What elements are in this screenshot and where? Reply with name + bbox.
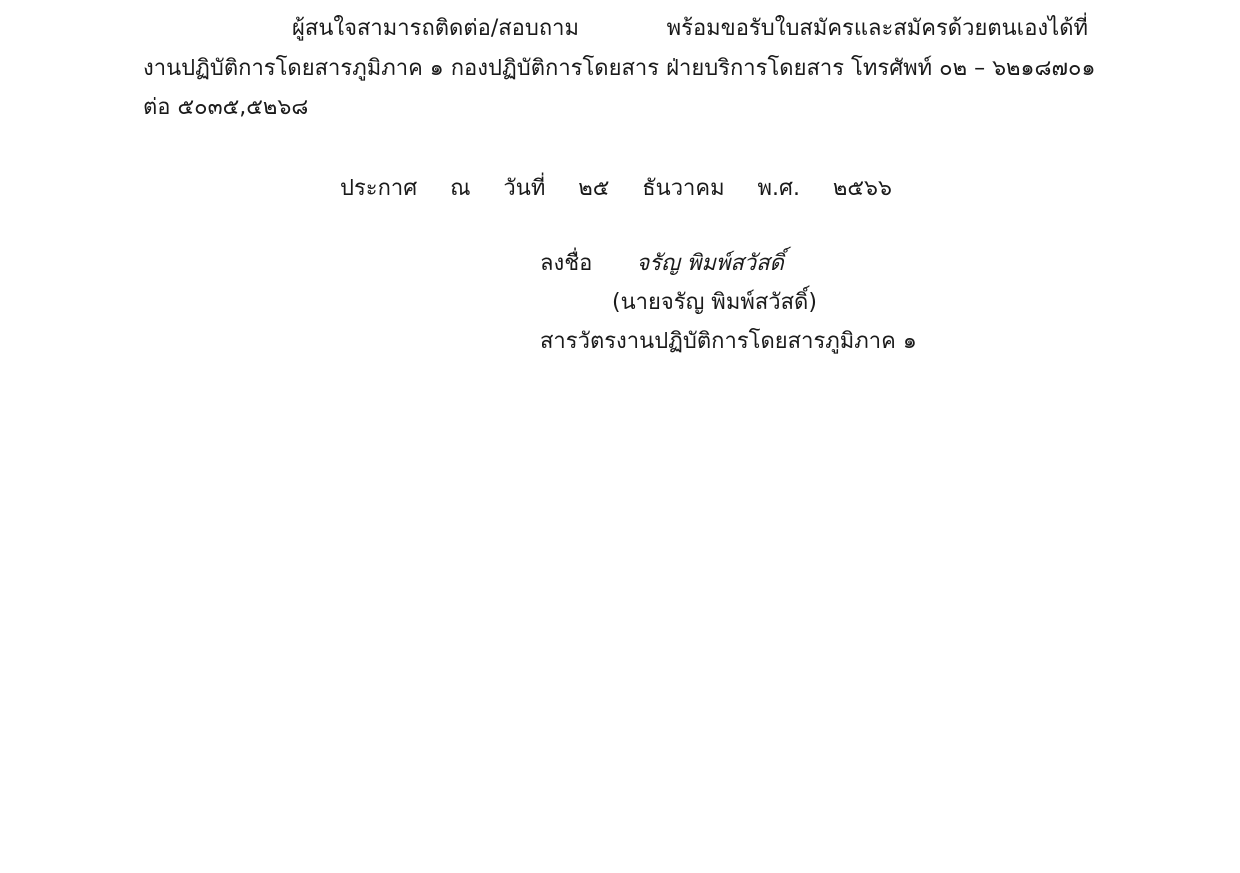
at-label: ณ [450, 170, 470, 205]
signer-position: สารวัตรงานปฏิบัติการโดยสารภูมิภาค ๑ [540, 323, 917, 358]
day-value: ๒๕ [578, 170, 609, 205]
month-value: ธันวาคม [642, 170, 724, 205]
announcement-date: ประกาศ ณ วันที่ ๒๕ ธันวาคม พ.ศ. ๒๕๖๖ [340, 170, 892, 205]
signer-full-name: (นายจรัญ พิมพ์สวัสดิ์) [612, 284, 817, 319]
paragraph-line-3: ต่อ ๕๐๓๕,๕๒๖๘ [143, 97, 308, 119]
paragraph-line-2: งานปฏิบัติการโดยสารภูมิภาค ๑ กองปฏิบัติก… [143, 58, 1088, 80]
signature: จรัญ พิมพ์สวัสดิ์ [636, 245, 783, 280]
paragraph-line-1: ผู้สนใจสามารถติดต่อ/สอบถาม พร้อมขอรับใบส… [292, 18, 1088, 40]
signature-line: ลงชื่อ จรัญ พิมพ์สวัสดิ์ [540, 245, 784, 280]
day-label: วันที่ [503, 170, 545, 205]
sign-label: ลงชื่อ [540, 245, 592, 280]
announce-label: ประกาศ [340, 170, 417, 205]
era-label: พ.ศ. [758, 170, 800, 205]
year-value: ๒๕๖๖ [833, 170, 892, 205]
